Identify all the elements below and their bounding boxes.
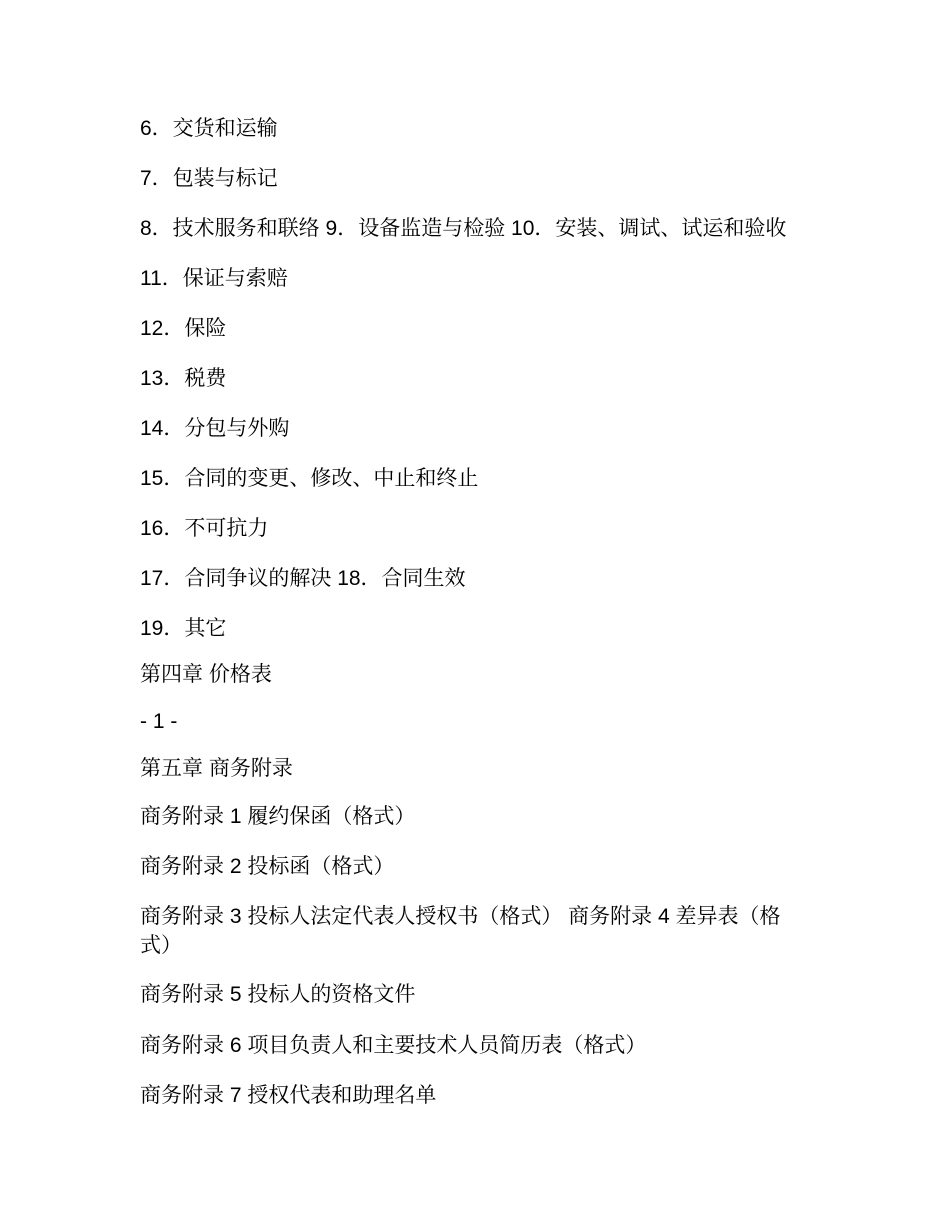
toc-item-19: 19．其它: [140, 614, 910, 643]
toc-item-11: 11．保证与索赔: [140, 264, 910, 293]
appendix-item-5: 商务附录 5 投标人的资格文件: [140, 980, 910, 1009]
toc-item-6: 6．交货和运输: [140, 114, 910, 143]
document-page: 6．交货和运输 7．包装与标记 8．技术服务和联络 9．设备监造与检验 10．安…: [0, 0, 950, 1230]
toc-item-15: 15．合同的变更、修改、中止和终止: [140, 464, 910, 493]
appendix-item-2: 商务附录 2 投标函（格式）: [140, 852, 910, 881]
page-number: - 1 -: [140, 707, 910, 736]
appendix-item-7: 商务附录 7 授权代表和助理名单: [140, 1081, 910, 1110]
appendix-item-6: 商务附录 6 项目负责人和主要技术人员简历表（格式）: [140, 1031, 910, 1060]
appendix-item-1: 商务附录 1 履约保函（格式）: [140, 802, 910, 831]
chapter-heading-5: 第五章 商务附录: [140, 754, 910, 783]
toc-item-13: 13．税费: [140, 364, 910, 393]
chapter-heading-4: 第四章 价格表: [140, 660, 910, 689]
toc-item-16: 16．不可抗力: [140, 514, 910, 543]
toc-item-8-9-10: 8．技术服务和联络 9．设备监造与检验 10．安装、调试、试运和验收: [140, 214, 910, 243]
toc-item-7: 7．包装与标记: [140, 164, 910, 193]
toc-item-17-18: 17．合同争议的解决 18．合同生效: [140, 564, 910, 593]
toc-item-14: 14．分包与外购: [140, 414, 910, 443]
toc-item-12: 12．保险: [140, 314, 910, 343]
appendix-item-3-4: 商务附录 3 投标人法定代表人授权书（格式） 商务附录 4 差异表（格式）: [140, 902, 785, 960]
